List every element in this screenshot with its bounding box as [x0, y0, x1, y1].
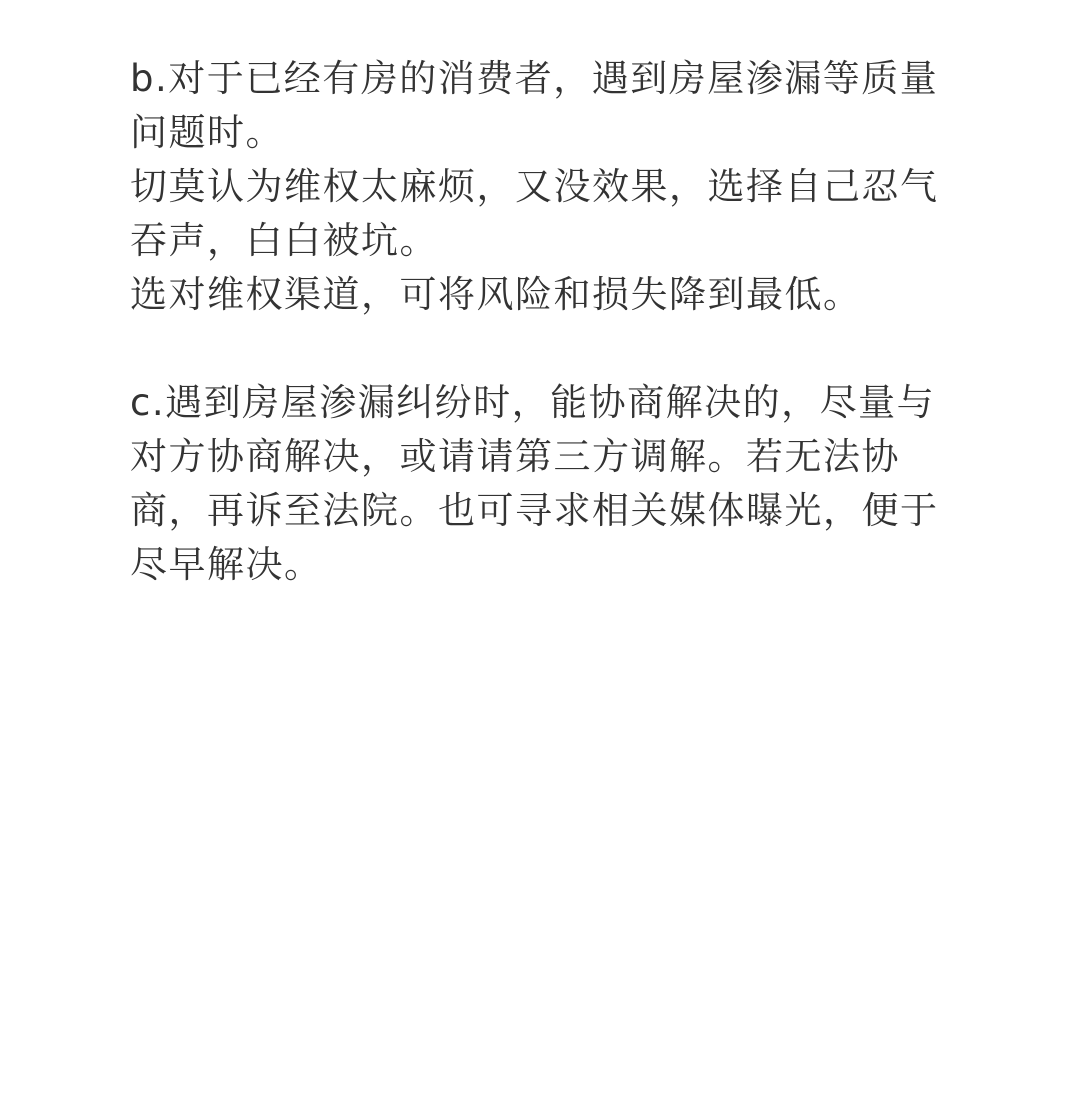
paragraph-b-channel: 选对维权渠道，可将风险和损失降到最低。	[130, 268, 950, 322]
paragraph-b-intro: b.对于已经有房的消费者，遇到房屋渗漏等质量问题时。	[130, 52, 950, 160]
paragraph-b-advice: 切莫认为维权太麻烦，又没效果，选择自己忍气吞声，白白被坑。	[130, 160, 950, 268]
article-body: b.对于已经有房的消费者，遇到房屋渗漏等质量问题时。 切莫认为维权太麻烦，又没效…	[130, 52, 950, 592]
paragraph-spacer	[130, 322, 950, 376]
paragraph-c: c.遇到房屋渗漏纠纷时，能协商解决的，尽量与对方协商解决，或请请第三方调解。若无…	[130, 376, 950, 592]
